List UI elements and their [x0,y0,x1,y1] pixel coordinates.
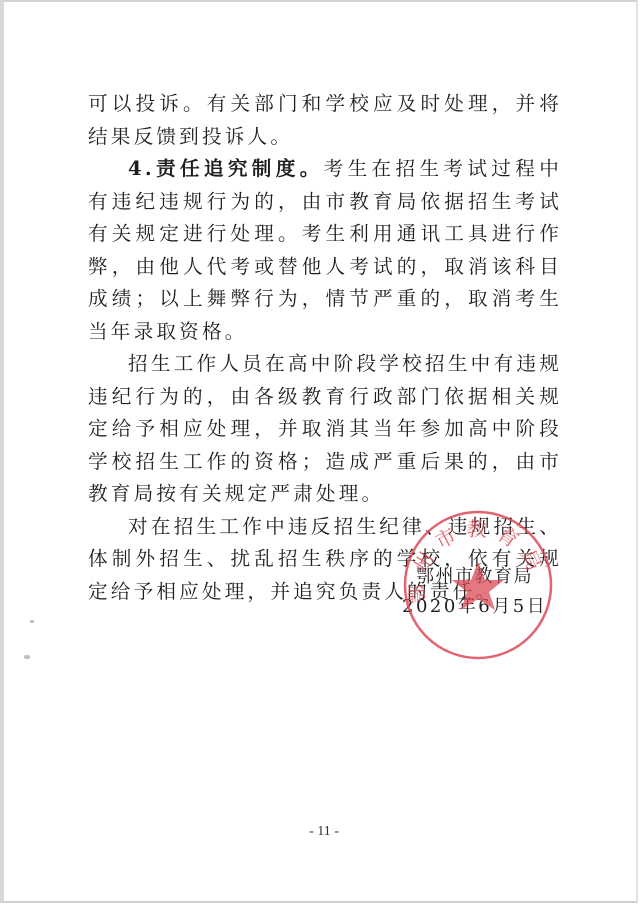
body-text: 可以投诉。有关部门和学校应及时处理，并将结果反馈到投诉人。 4.责任追究制度。考… [88,88,562,608]
scan-artifact [30,620,34,623]
paragraph-staff-violations: 招生工作人员在高中阶段学校招生中有违规违纪行为的，由各级教育行政部门依据相关规定… [88,348,562,511]
document-page: 可以投诉。有关部门和学校应及时处理，并将结果反馈到投诉人。 4.责任追究制度。考… [0,0,638,903]
paragraph-complaint-handling: 可以投诉。有关部门和学校应及时处理，并将结果反馈到投诉人。 [88,88,562,153]
paragraph-text: 可以投诉。有关部门和学校应及时处理，并将结果反馈到投诉人。 [88,92,562,148]
signature-block: 鄂州市教育局 2020年6月5日 [402,562,547,622]
scan-artifact [24,655,30,659]
signature-organization: 鄂州市教育局 [402,562,547,592]
page-number: - 11 - [4,824,640,840]
signature-date: 2020年6月5日 [402,592,547,622]
paragraph-accountability-system: 4.责任追究制度。考生在招生考试过程中有违纪违规行为的，由市教育局依据招生考试有… [88,153,562,348]
section-heading: 4.责任追究制度。 [128,157,324,180]
paragraph-text: 招生工作人员在高中阶段学校招生中有违规违纪行为的，由各级教育行政部门依据相关规定… [88,352,562,505]
paragraph-text: 考生在招生考试过程中有违纪违规行为的，由市教育局依据招生考试有关规定进行处理。考… [88,157,562,343]
